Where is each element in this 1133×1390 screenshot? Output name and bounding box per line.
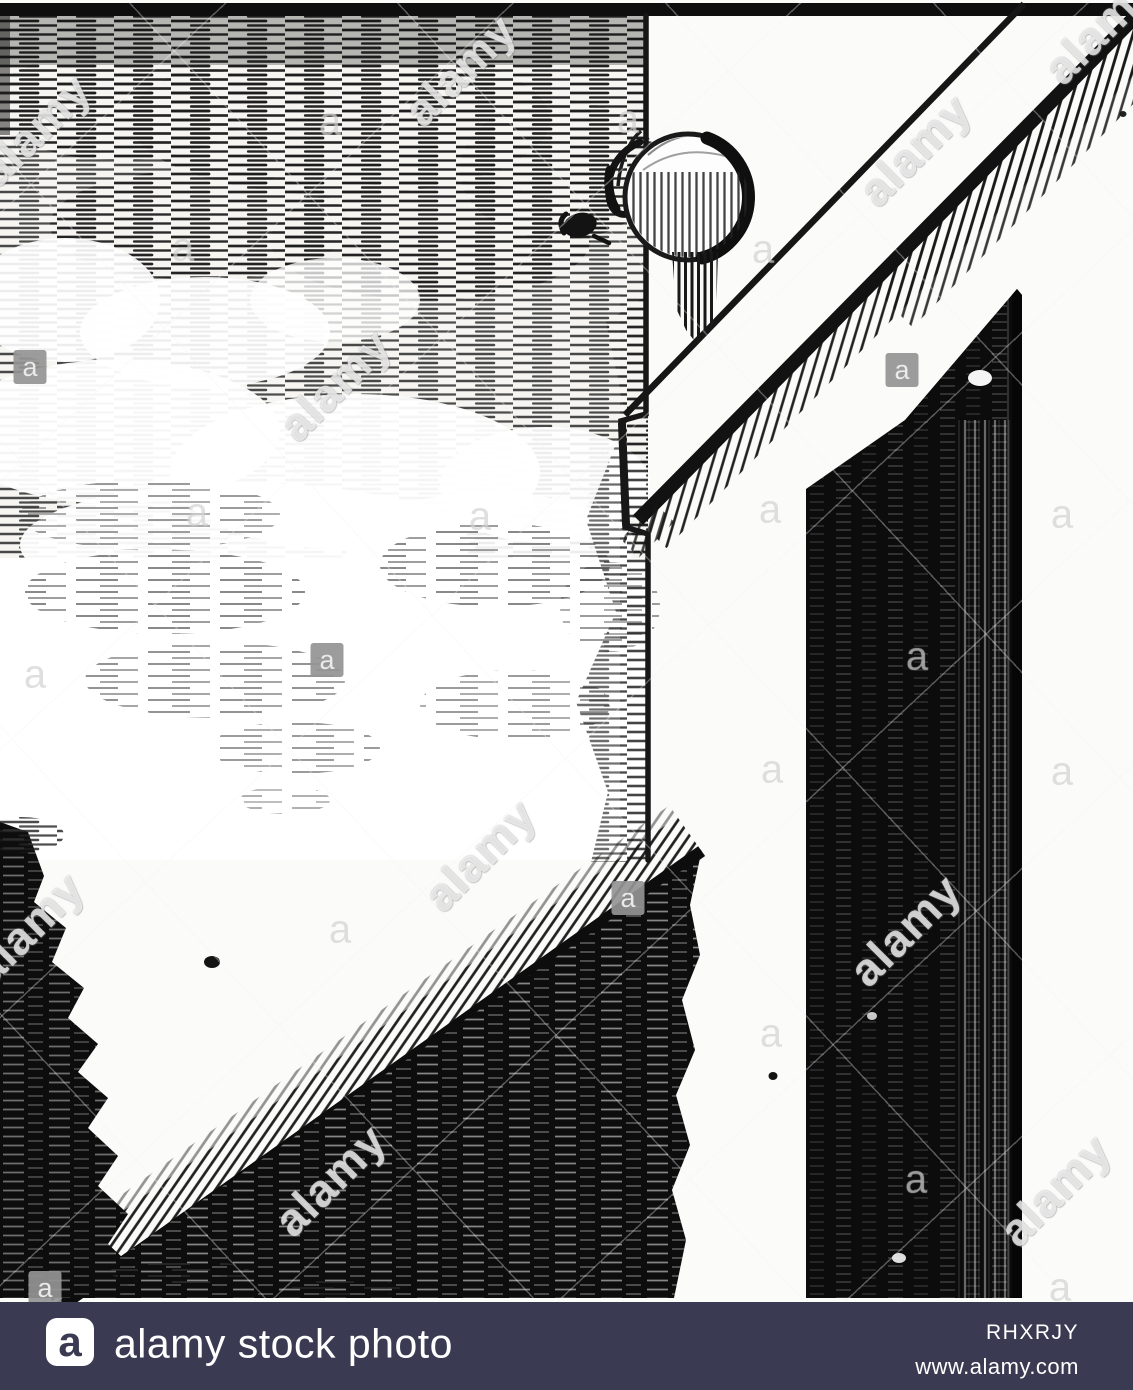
alamy-brand-text: alamy stock photo bbox=[114, 1321, 453, 1368]
stock-photo-page: alamy alamy alamy alamy alamy alamy alam… bbox=[0, 0, 1133, 1390]
ink-speck bbox=[204, 956, 220, 968]
white-speck bbox=[968, 370, 992, 386]
alamy-logo-icon: a bbox=[46, 1318, 94, 1366]
alamy-site-url: www.alamy.com bbox=[915, 1354, 1079, 1380]
engraving-top-border bbox=[0, 3, 1133, 16]
stock-photo-id: RHXRJY bbox=[915, 1321, 1079, 1345]
engraving-image bbox=[0, 0, 1133, 1302]
alamy-footer-bar: a alamy stock photo RHXRJY www.alamy.com bbox=[0, 1302, 1133, 1390]
